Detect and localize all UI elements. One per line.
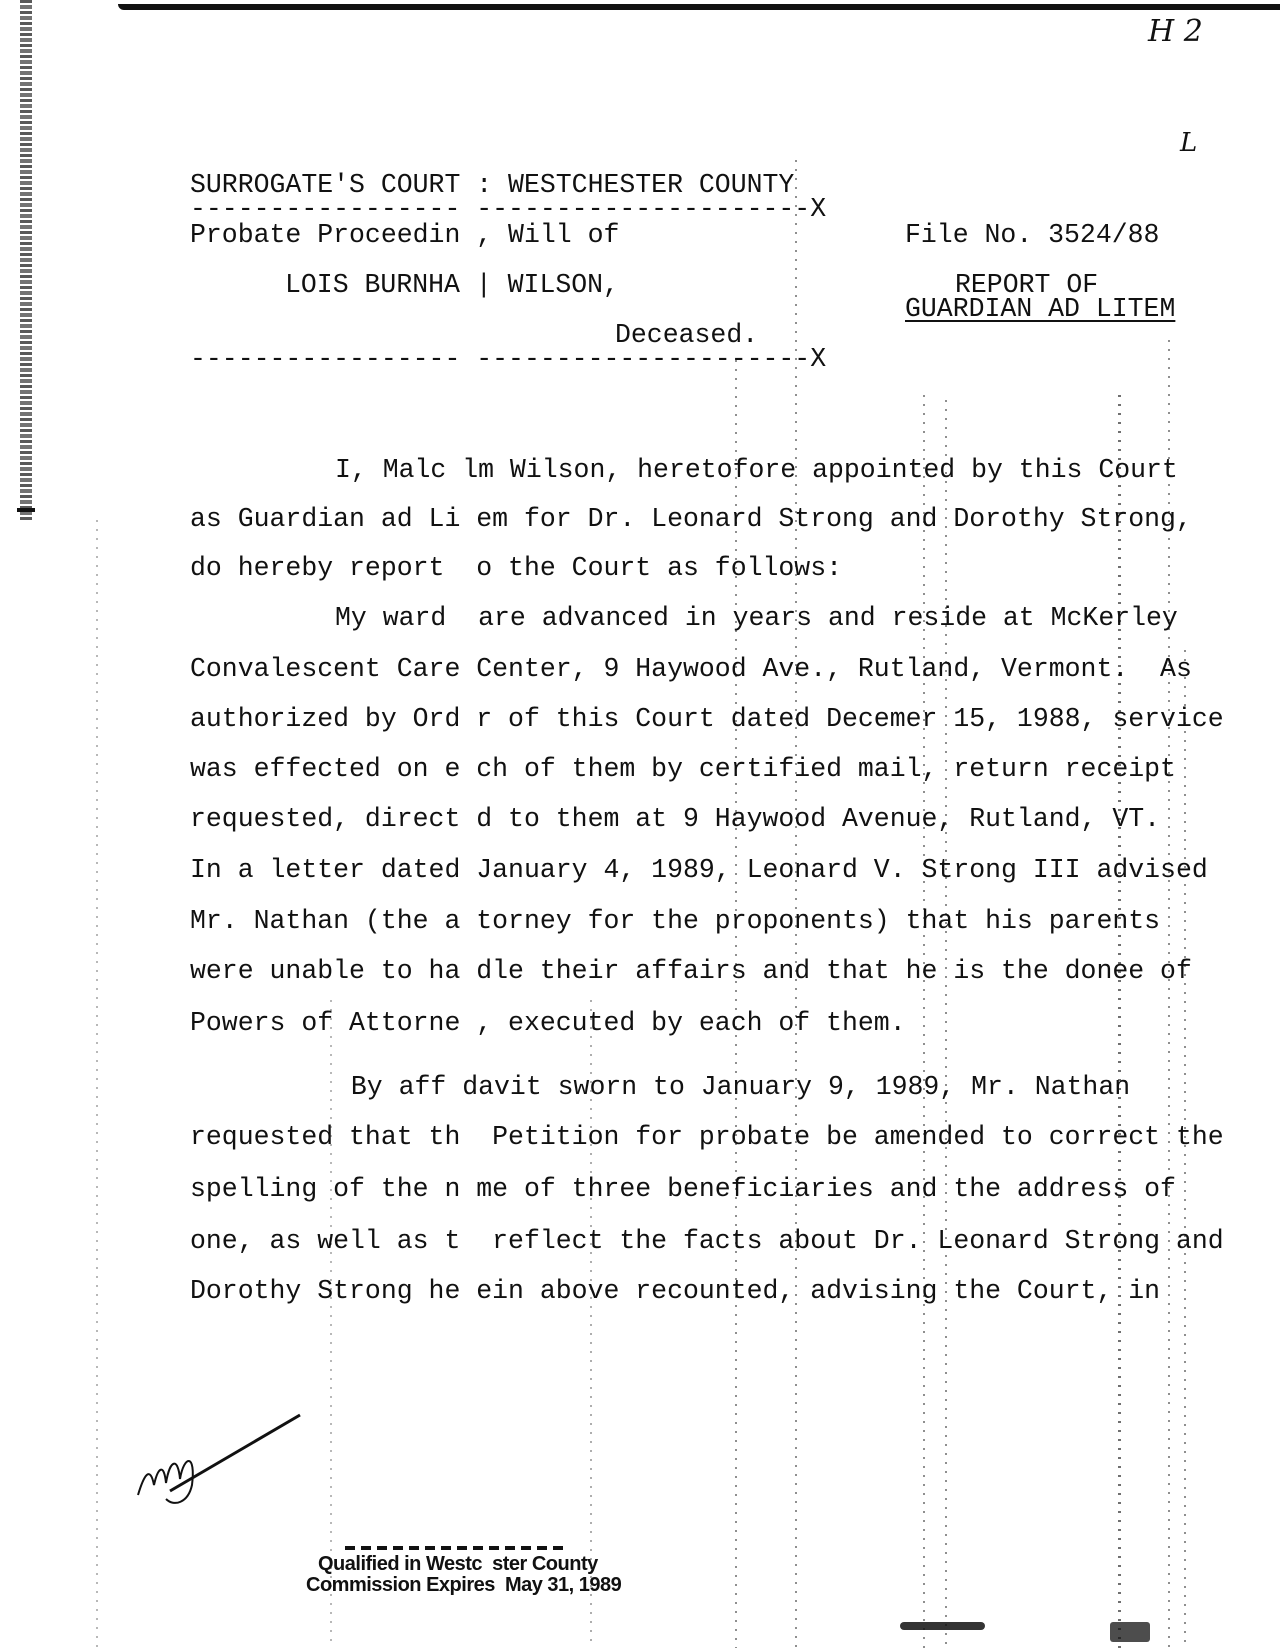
body-line: requested that th Petition for probate b…: [190, 1124, 1224, 1151]
file-number: File No. 3524/88: [905, 222, 1159, 249]
scan-smudge: [900, 1622, 985, 1630]
notary-stamp-top-line: [345, 1546, 565, 1550]
body-line: do hereby report o the Court as follows:: [190, 555, 842, 582]
scan-top-edge: [118, 4, 1280, 10]
body-line: Convalescent Care Center, 9 Haywood Ave.…: [190, 656, 1192, 683]
scan-noise-column: [923, 395, 925, 1648]
body-line: authorized by Ord r of this Court dated …: [190, 706, 1224, 733]
body-line: I, Malc lm Wilson, heretofore appointed …: [335, 457, 1178, 484]
body-line: as Guardian ad Li em for Dr. Leonard Str…: [190, 506, 1192, 533]
body-line: Dorothy Strong he ein above recounted, a…: [190, 1278, 1160, 1305]
caption-divider-top: ----------------- ---------------------X: [190, 196, 826, 223]
body-line: My ward are advanced in years and reside…: [335, 605, 1178, 632]
body-line: was effected on e ch of them by certifie…: [190, 756, 1176, 783]
signature-initials-icon: [130, 1395, 310, 1515]
proceeding-title: Probate Proceedin , Will of: [190, 222, 619, 249]
body-line: spelling of the n me of three beneficiar…: [190, 1176, 1176, 1203]
scan-smudge: [1110, 1622, 1150, 1642]
page-mark-handwritten: H 2: [1148, 14, 1203, 49]
notary-stamp-line1: Qualified in Westc ster County: [318, 1553, 598, 1575]
body-line: requested, direct d to them at 9 Haywood…: [190, 806, 1160, 833]
scan-noise-column: [330, 1000, 332, 1648]
body-line: one, as well as t reflect the facts abou…: [190, 1228, 1224, 1255]
scan-noise-column: [1118, 395, 1121, 1648]
scan-noise-column: [795, 160, 797, 1648]
decedent-name: LOIS BURNHA | WILSON,: [285, 272, 619, 299]
scan-binding-foot: [17, 508, 35, 512]
notary-stamp-line2: Commission Expires May 31, 1989: [306, 1574, 621, 1596]
caption-divider-bottom: ----------------- ---------------------X: [190, 346, 826, 373]
body-line: Mr. Nathan (the a torney for the propone…: [190, 908, 1160, 935]
body-line: Powers of Attorne , executed by each of …: [190, 1010, 906, 1037]
scan-noise-column: [1168, 340, 1170, 1648]
scan-noise-column: [96, 520, 98, 1648]
body-line: By aff davit sworn to January 9, 1989, M…: [335, 1074, 1130, 1101]
scan-noise-column: [945, 400, 947, 1648]
scan-binding-strip: [20, 0, 32, 520]
corner-mark-handwritten: L: [1180, 128, 1197, 158]
body-line: were unable to ha dle their affairs and …: [190, 958, 1192, 985]
document-page: H 2 L SURROGATE'S COURT : WESTCHESTER CO…: [0, 0, 1280, 1648]
document-title-line2: GUARDIAN AD LITEM: [905, 296, 1175, 323]
body-line: In a letter dated January 4, 1989, Leona…: [190, 857, 1208, 884]
